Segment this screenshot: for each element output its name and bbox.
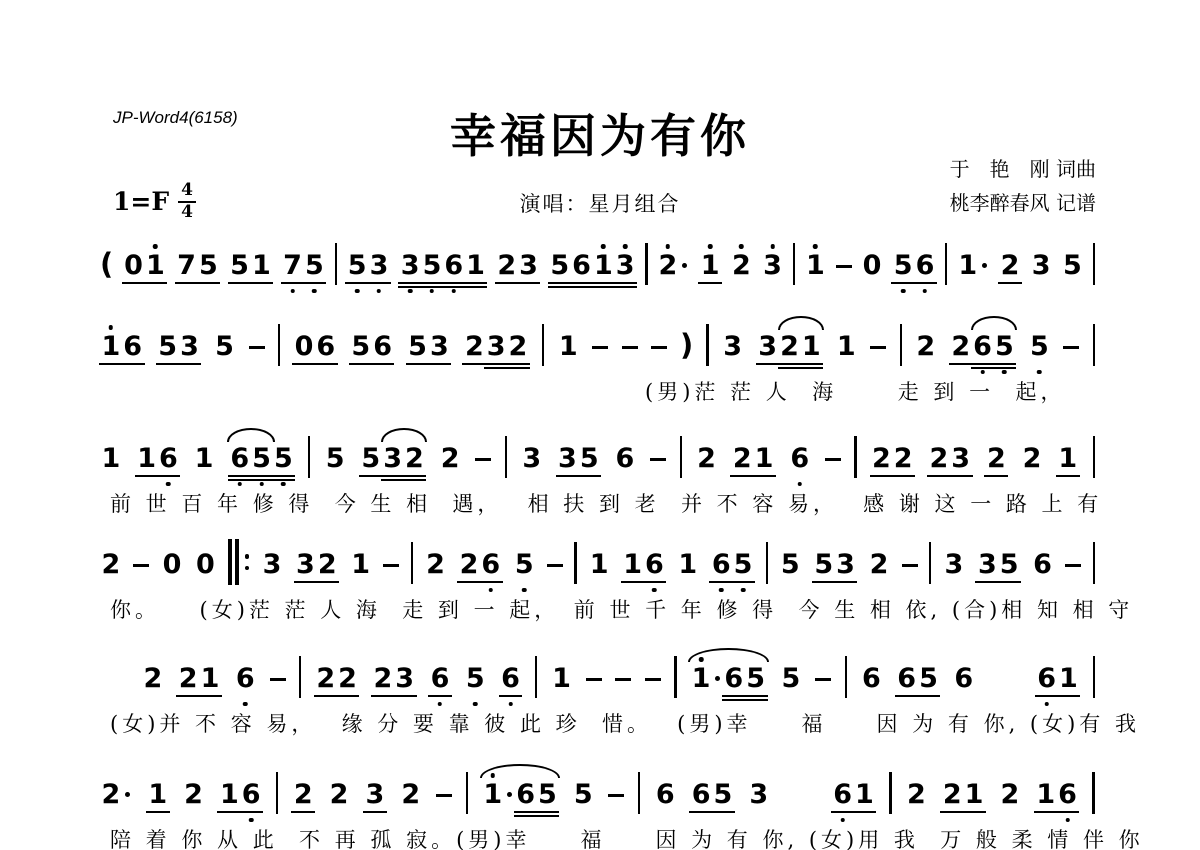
note-digit: 6 <box>861 665 883 692</box>
octave-dot-below <box>1065 818 1070 823</box>
beam-underline <box>853 811 877 813</box>
octave-dot-below <box>259 482 264 487</box>
composer-credit: 于 艳 刚 词曲 <box>950 152 1096 186</box>
note-digit: 6 <box>914 252 936 279</box>
note-group: 3 <box>748 781 770 808</box>
octave-dot-below <box>473 702 478 707</box>
beam-underline <box>1035 695 1059 697</box>
note-group: 6 <box>429 665 451 692</box>
beam-underline <box>506 363 530 365</box>
note-group: 21 <box>731 445 775 472</box>
note-group: 1 <box>551 665 573 692</box>
duration-dash <box>622 346 638 349</box>
note-group: 3561 <box>399 252 486 279</box>
note-group: 232 <box>463 333 528 360</box>
beam-underline <box>711 811 735 813</box>
beam-underline <box>917 695 941 697</box>
octave-dot-below <box>312 289 317 294</box>
note-digit: 3 <box>762 252 784 279</box>
slur-arc <box>381 428 427 442</box>
system-2: 165350656532321)3321122655(男)茫 茫 人 海 走 到… <box>100 318 1095 406</box>
beam-underline <box>891 475 915 477</box>
note-group: 1 <box>677 551 699 578</box>
note-digit: 3 <box>518 252 540 279</box>
note-digit: 6 <box>1057 781 1079 808</box>
beam-underline <box>722 699 746 701</box>
note-group: 2 <box>328 781 350 808</box>
barline <box>278 324 280 366</box>
note-group: 1 <box>147 781 169 808</box>
note-digit: 3 <box>757 333 779 360</box>
note-group: 61 <box>1036 665 1080 692</box>
octave-dot-below <box>508 702 513 707</box>
note-group: 75 <box>176 252 220 279</box>
duration-dash <box>815 678 831 681</box>
beam-underline <box>517 282 541 284</box>
note-group: 35 <box>976 551 1020 578</box>
note-digit: 5 <box>712 781 734 808</box>
octave-dot-below <box>166 482 171 487</box>
octave-dot-below <box>438 702 443 707</box>
note-group: 655 <box>229 445 294 472</box>
note-group: 2 <box>730 252 752 279</box>
beam-underline <box>799 363 823 365</box>
beam-underline <box>363 811 387 813</box>
note-group: 51 <box>229 252 273 279</box>
note-group: 6 <box>953 665 975 692</box>
beam-underline <box>403 479 427 481</box>
beam-underline <box>591 286 615 288</box>
beam-underline <box>406 363 430 365</box>
note-digit: 1 <box>136 445 158 472</box>
beam-underline <box>143 282 167 284</box>
beam-underline <box>315 581 339 583</box>
note-digit: 6 <box>229 445 251 472</box>
octave-dot-above <box>153 244 158 249</box>
beam-underline <box>381 475 405 477</box>
note-group: 265 <box>950 333 1015 360</box>
note-digit: 2 <box>892 445 914 472</box>
octave-dot-below <box>238 482 243 487</box>
beam-underline <box>591 282 615 284</box>
note-digit: 1 <box>100 333 122 360</box>
note-digit: 1 <box>835 333 857 360</box>
note-group: 165 <box>690 665 766 692</box>
duration-dash <box>902 564 918 567</box>
note-group: 1 <box>804 252 826 279</box>
barline <box>1093 436 1095 478</box>
note-digit: 1 <box>1057 665 1079 692</box>
note-digit: 2 <box>316 551 338 578</box>
note-digit: 3 <box>485 333 507 360</box>
octave-dot-below <box>355 289 360 294</box>
note-digit: 3 <box>295 551 317 578</box>
note-group: 5 <box>214 333 236 360</box>
note-digit: 5 <box>350 333 372 360</box>
note-group: 56 <box>892 252 936 279</box>
note-group: 2 <box>915 333 937 360</box>
note-group: 0 <box>161 551 183 578</box>
note-digit: 1 <box>690 665 712 692</box>
note-group: 21 <box>941 781 985 808</box>
beam-underline <box>556 475 580 477</box>
note-digit: 3 <box>722 333 744 360</box>
note-digit: 5 <box>918 665 940 692</box>
duration-dash <box>651 346 667 349</box>
system-3: 116165555322335622162223221前 世 百 年 修 得 今… <box>100 430 1095 518</box>
note-group: 2 <box>439 445 461 472</box>
beam-underline <box>345 282 369 284</box>
note-digit: 1 <box>588 551 610 578</box>
beam-underline <box>698 282 722 284</box>
note-digit: 5 <box>1061 252 1083 279</box>
note-group: 6 <box>654 781 676 808</box>
note-group: 532 <box>360 445 425 472</box>
note-group: 6 <box>789 445 811 472</box>
note-group: 2 <box>999 781 1021 808</box>
note-group: 23 <box>372 665 416 692</box>
note-group: 6 <box>500 665 522 692</box>
note-digit: 1 <box>218 781 240 808</box>
duration-dash <box>825 458 841 461</box>
beam-underline <box>621 581 645 583</box>
note-digit: 6 <box>500 665 522 692</box>
note-group: 2 <box>400 781 422 808</box>
note-digit: 6 <box>832 781 854 808</box>
note-digit: 2 <box>730 252 752 279</box>
note-digit: 7 <box>176 252 198 279</box>
note-digit: 5 <box>993 333 1015 360</box>
note-group: 6 <box>614 445 636 472</box>
beam-underline <box>196 282 220 284</box>
notes-row: 2216222365611655665661 <box>100 650 1095 692</box>
note-group: 16 <box>218 781 262 808</box>
note-digit: 6 <box>515 781 537 808</box>
note-group: 2 <box>100 551 122 578</box>
beam-underline <box>997 581 1021 583</box>
note-group: 0 <box>195 551 217 578</box>
note-digit: 5 <box>779 551 801 578</box>
beam-underline <box>250 475 274 477</box>
octave-dot-below <box>430 289 435 294</box>
note-digit: 6 <box>234 665 256 692</box>
credits-block: 于 艳 刚 词曲 桃李醉春风 记谱 <box>950 152 1096 220</box>
beam-underline <box>834 581 858 583</box>
beam-underline <box>371 363 395 365</box>
note-group: 2 <box>183 781 205 808</box>
time-signature-denominator: 4 <box>178 203 196 222</box>
note-digit: 5 <box>197 252 219 279</box>
note-group: 1 <box>100 445 122 472</box>
note-digit: 1 <box>622 551 644 578</box>
repeat-bar <box>235 539 239 585</box>
beam-underline <box>949 475 973 477</box>
duration-dash <box>436 794 452 797</box>
note-digit: 1 <box>804 252 826 279</box>
beam-underline <box>281 282 305 284</box>
note-group: 5 <box>1028 333 1050 360</box>
barline <box>535 656 537 698</box>
beam-underline <box>146 811 170 813</box>
note-digit: 6 <box>480 551 502 578</box>
augmentation-dot <box>507 792 512 797</box>
beam-underline <box>971 363 995 365</box>
note-digit: 6 <box>315 333 337 360</box>
beam-underline <box>731 581 755 583</box>
octave-dot-below <box>840 818 845 823</box>
duration-dash <box>608 794 624 797</box>
system-1: (01755175533561235613212310561235 <box>100 237 1095 279</box>
beam-underline <box>314 363 338 365</box>
note-digit: 5 <box>214 333 236 360</box>
octave-dot-above <box>601 244 606 249</box>
beam-underline <box>403 475 427 477</box>
note-digit: 6 <box>972 333 994 360</box>
note-group: 16 <box>1035 781 1079 808</box>
repeat-dots <box>245 554 250 570</box>
note-group: 01 <box>123 252 167 279</box>
beam-underline <box>577 475 601 477</box>
note-digit: 2 <box>906 781 928 808</box>
beam-underline <box>457 581 481 583</box>
note-digit: 3 <box>943 551 965 578</box>
note-digit: 5 <box>732 551 754 578</box>
note-digit: 2 <box>915 333 937 360</box>
note-group: 53 <box>813 551 857 578</box>
beam-underline <box>744 699 768 701</box>
note-group: 3 <box>521 445 543 472</box>
octave-dot-below <box>1002 370 1007 375</box>
barline <box>276 772 278 814</box>
octave-dot-below <box>290 289 295 294</box>
notes-row: 2121622321655665361221216 <box>100 766 1095 808</box>
octave-dot-above <box>623 244 628 249</box>
beam-underline <box>756 363 780 365</box>
note-group: 5 <box>572 781 594 808</box>
note-digit: 1 <box>1035 781 1057 808</box>
note-digit: 6 <box>429 665 451 692</box>
note-digit: 5 <box>421 252 443 279</box>
note-digit: 5 <box>892 252 914 279</box>
note-digit: 5 <box>464 665 486 692</box>
note-digit: 5 <box>360 445 382 472</box>
beam-underline <box>294 581 318 583</box>
duration-dash <box>475 458 491 461</box>
note-digit: 2 <box>496 252 518 279</box>
note-digit: 6 <box>443 252 465 279</box>
beam-underline <box>495 282 519 284</box>
note-group: 32 <box>295 551 339 578</box>
beam-underline <box>484 367 508 369</box>
note-digit: 2 <box>928 445 950 472</box>
note-digit: 2 <box>142 665 164 692</box>
note-digit: 5 <box>324 445 346 472</box>
note-digit: 6 <box>690 781 712 808</box>
note-group: 23 <box>496 252 540 279</box>
note-digit: 1 <box>250 252 272 279</box>
note-digit: 1 <box>1057 445 1079 472</box>
beam-underline <box>514 815 538 817</box>
note-digit: 3 <box>261 551 283 578</box>
note-digit: 2 <box>985 445 1007 472</box>
barline <box>299 656 301 698</box>
note-group: 3 <box>762 252 784 279</box>
note-group: 1 <box>557 333 579 360</box>
beam-underline <box>1056 811 1080 813</box>
barline <box>766 542 768 584</box>
beam-underline <box>349 363 373 365</box>
note-digit: 2 <box>425 551 447 578</box>
beam-underline <box>570 286 594 288</box>
octave-dot-below <box>901 289 906 294</box>
note-digit: 1 <box>147 781 169 808</box>
notation-credit: 桃李醉春风 记谱 <box>950 186 1096 220</box>
octave-dot-below <box>489 588 494 593</box>
note-digit: 2 <box>100 551 122 578</box>
note-digit: 2 <box>779 333 801 360</box>
beam-underline <box>962 811 986 813</box>
duration-dash <box>836 265 852 268</box>
note-digit: 2 <box>337 665 359 692</box>
beam-underline <box>393 695 417 697</box>
beam-underline <box>228 475 252 477</box>
note-digit: 5 <box>303 252 325 279</box>
note-digit: 6 <box>953 665 975 692</box>
note-digit: 2 <box>463 333 485 360</box>
note-group: 1 <box>350 551 372 578</box>
note-group: 1 <box>957 252 990 279</box>
duration-dash <box>133 564 149 567</box>
beam-underline <box>940 811 964 813</box>
note-group: 53 <box>346 252 390 279</box>
slur-arc <box>778 316 824 330</box>
note-digit: 6 <box>614 445 636 472</box>
note-digit: 3 <box>364 781 386 808</box>
note-digit: 1 <box>963 781 985 808</box>
duration-dash <box>1063 346 1079 349</box>
note-group: 65 <box>896 665 940 692</box>
beam-underline <box>927 475 951 477</box>
beam-underline <box>428 695 452 697</box>
note-digit: 3 <box>382 445 404 472</box>
note-group: 2 <box>292 781 314 808</box>
note-group: 2 <box>696 445 718 472</box>
barline <box>1093 542 1095 584</box>
lyrics-line: 陪 着 你 从 此 不 再 孤 寂。(男)幸 福 因 为 有 你, (女)用 我… <box>100 824 1095 850</box>
barline <box>793 243 795 285</box>
augmentation-dot <box>125 792 130 797</box>
note-group: 6 <box>861 665 883 692</box>
beam-underline <box>548 282 572 284</box>
note-digit: 3 <box>394 665 416 692</box>
barline <box>411 542 413 584</box>
duration-dash <box>547 564 563 567</box>
duration-dash <box>645 678 661 681</box>
notes-row: 2003321226511616555323356 <box>100 536 1095 578</box>
beam-underline <box>799 367 823 369</box>
system-4: 2003321226511616555323356你。 (女)茫 茫 人 海 走… <box>100 536 1095 624</box>
barline <box>308 436 310 478</box>
note-digit: 6 <box>240 781 262 808</box>
note-digit: 2 <box>315 665 337 692</box>
note-digit: 3 <box>179 333 201 360</box>
note-digit: 1 <box>199 665 221 692</box>
system-6: 2121622321655665361221216陪 着 你 从 此 不 再 孤… <box>100 766 1095 850</box>
beam-underline <box>975 581 999 583</box>
note-group: 5 <box>1061 252 1083 279</box>
beam-underline <box>198 695 222 697</box>
note-digit: 1 <box>193 445 215 472</box>
lyrics-line: (女)并 不 容 易， 缘 分 要 靠 彼 此 珍 惜。 (男)幸 福 因 为 … <box>100 708 1095 738</box>
beam-underline <box>895 695 919 697</box>
octave-dot-below <box>377 289 382 294</box>
note-digit: 1 <box>699 252 721 279</box>
note-digit: 3 <box>1030 252 1052 279</box>
note-group: 1 <box>193 445 215 472</box>
beam-underline <box>548 286 572 288</box>
duration-dash <box>592 346 608 349</box>
barline <box>889 772 891 814</box>
note-digit: 3 <box>748 781 770 808</box>
beam-underline <box>514 811 538 813</box>
note-digit: 2 <box>657 252 679 279</box>
beam-underline <box>535 815 559 817</box>
slur-arc <box>480 764 560 778</box>
beam-underline <box>744 695 768 697</box>
note-digit: 5 <box>272 445 294 472</box>
note-digit: 2 <box>177 665 199 692</box>
beam-underline <box>420 282 444 284</box>
note-group: 2 <box>985 445 1007 472</box>
note-digit: 1 <box>100 445 122 472</box>
note-group: 6 <box>234 665 256 692</box>
beam-underline <box>464 286 488 288</box>
duration-dash <box>586 678 602 681</box>
barline <box>1093 324 1095 366</box>
beam-underline <box>613 282 637 284</box>
repeat-bar <box>228 539 232 585</box>
lyrics-line: 你。 (女)茫 茫 人 海 走 到 一 起， 前 世 千 年 修 得 今 生 相… <box>100 594 1095 624</box>
beam-underline <box>464 282 488 284</box>
repeat-dot <box>245 554 250 559</box>
note-digit: 6 <box>789 445 811 472</box>
note-digit: 2 <box>1021 445 1043 472</box>
barline <box>574 542 576 584</box>
beam-underline <box>176 695 200 697</box>
note-group: 5 <box>324 445 346 472</box>
note-digit: 3 <box>835 551 857 578</box>
duration-dash <box>383 564 399 567</box>
note-group: 61 <box>832 781 876 808</box>
note-group: 2 <box>868 551 890 578</box>
note-digit: 0 <box>293 333 315 360</box>
note-group: 1 <box>588 551 610 578</box>
note-digit: 2 <box>183 781 205 808</box>
note-digit: 1 <box>957 252 979 279</box>
octave-dot-above <box>666 244 671 249</box>
note-group: 5613 <box>549 252 636 279</box>
beam-underline <box>135 475 159 477</box>
note-group: 3 <box>943 551 965 578</box>
beam-underline <box>359 475 383 477</box>
note-digit: 0 <box>861 252 883 279</box>
beam-underline <box>99 363 123 365</box>
note-digit: 5 <box>578 445 600 472</box>
note-digit: 3 <box>368 252 390 279</box>
beam-underline <box>891 282 915 284</box>
octave-dot-below <box>522 588 527 593</box>
note-digit: 1 <box>753 445 775 472</box>
